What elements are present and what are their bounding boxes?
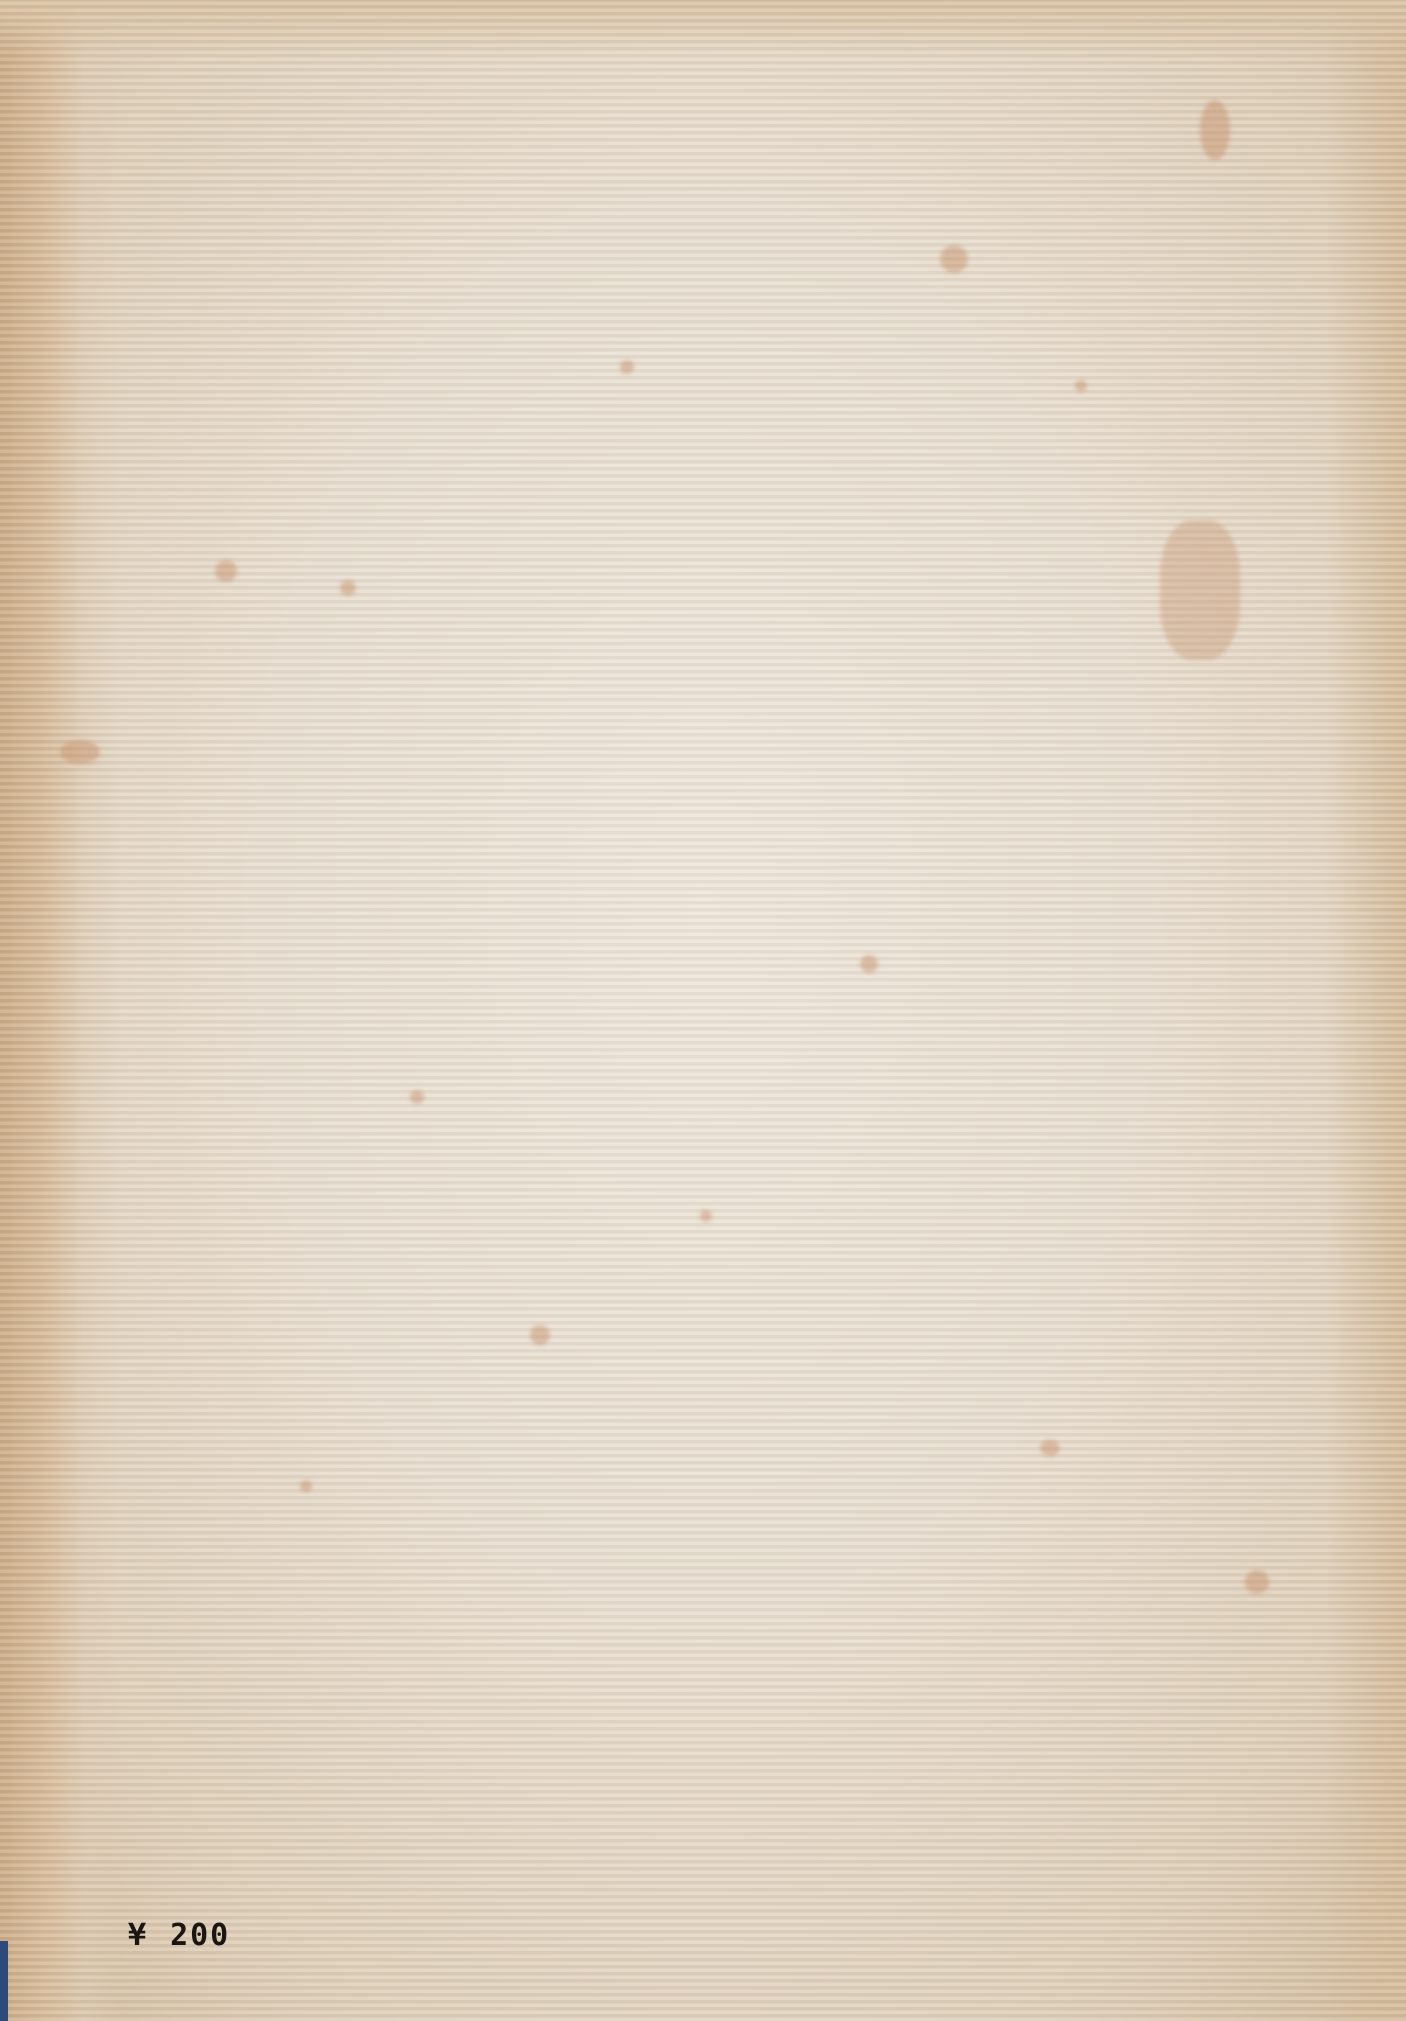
stain-spot: [860, 955, 878, 973]
stain-spot: [1040, 1440, 1060, 1456]
stain-spot: [1245, 1570, 1269, 1594]
stain-spot: [410, 1090, 424, 1104]
stain-spot: [530, 1325, 550, 1345]
price-stamp: ¥ 200: [128, 1918, 230, 1953]
stain-spot: [340, 580, 356, 596]
book-cover: ¥ 200: [0, 0, 1406, 2021]
stain-spot: [300, 1480, 312, 1492]
stain-spot: [1160, 520, 1240, 660]
stain-spot: [60, 740, 100, 764]
yen-symbol: ¥: [128, 1918, 148, 1953]
price-amount: 200: [170, 1918, 230, 1953]
stain-spot: [620, 360, 634, 374]
stain-spot: [700, 1210, 712, 1222]
stain-spot: [215, 560, 237, 582]
background-surface: [0, 1941, 8, 2021]
stain-spot: [1075, 380, 1087, 392]
paper-texture: [0, 0, 1406, 2021]
stain-spot: [1200, 100, 1230, 160]
stain-spot: [940, 245, 968, 273]
